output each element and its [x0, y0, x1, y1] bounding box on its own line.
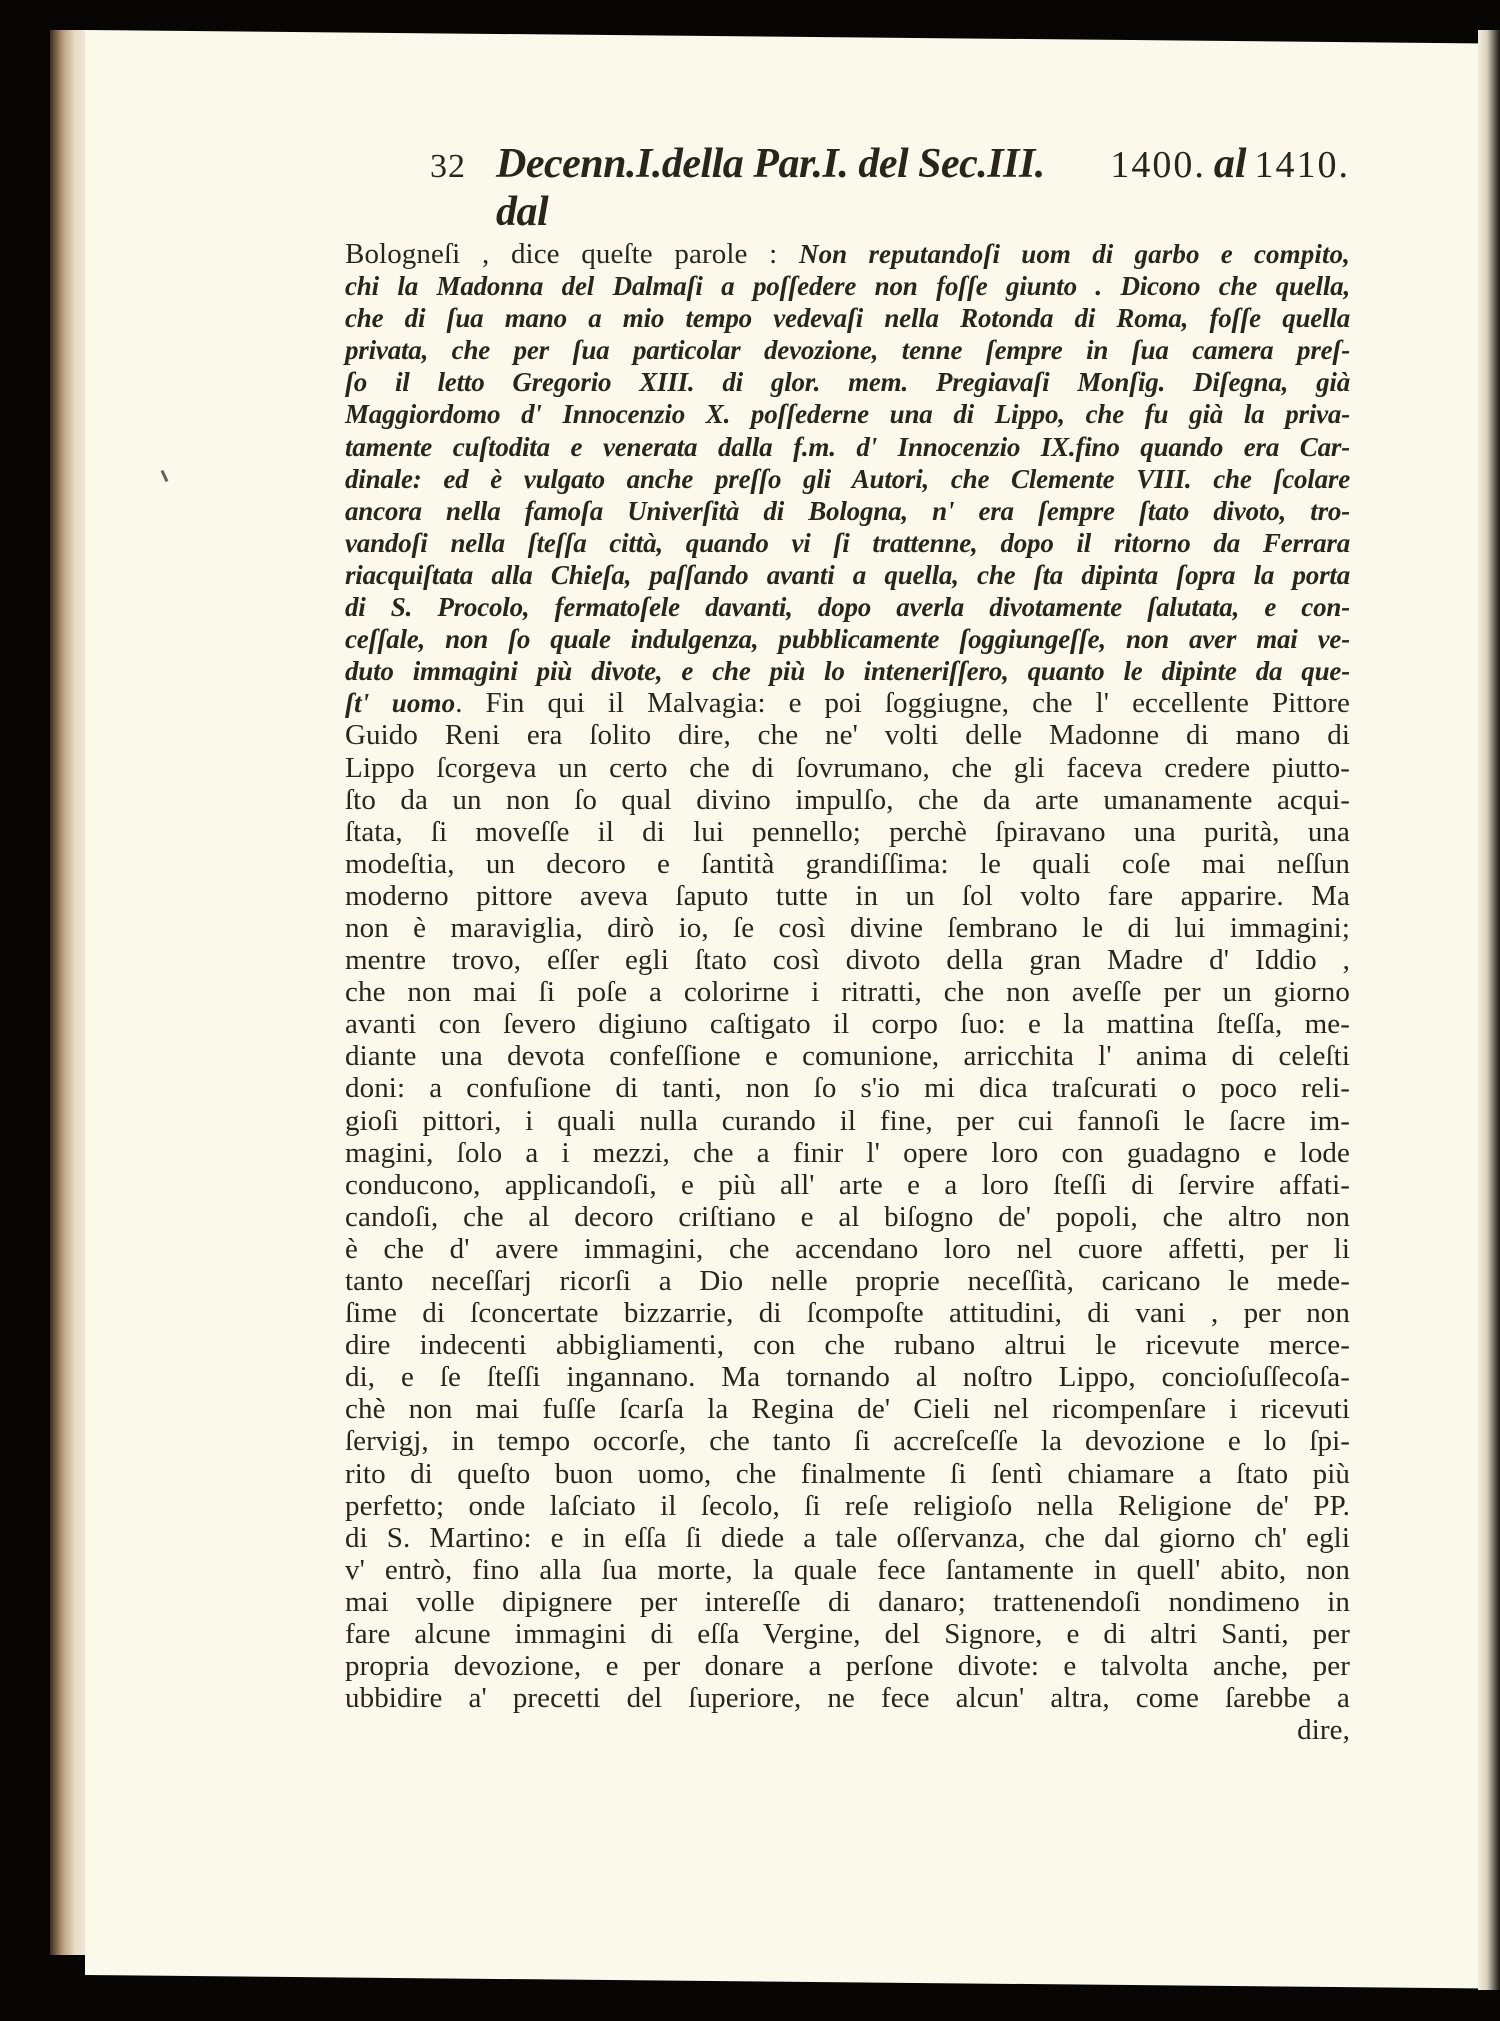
text-line: ſtata, ſi moveſſe il di lui pennello; pe…: [345, 816, 1350, 848]
text-line: ſto da un non ſo qual divino impulſo, ch…: [345, 784, 1350, 816]
text-line: perfetto; onde laſciato il ſecolo, ſi re…: [345, 1490, 1350, 1522]
text-line: che di ſua mano a mio tempo vedevaſi nel…: [345, 302, 1350, 334]
text-line: ſime di ſconcertate bizzarrie, di ſcompo…: [345, 1297, 1350, 1329]
text-line: di S. Procolo, fermatoſele davanti, dopo…: [345, 591, 1350, 623]
text-line: dire indecenti abbigliamenti, con che ru…: [345, 1329, 1350, 1361]
text-line: Maggiordomo d' Innocenzio X. poſſederne …: [345, 398, 1350, 430]
text-line: v' entrò, fino alla ſua morte, la quale …: [345, 1554, 1350, 1586]
text-line: propria devozione, e per donare a perſon…: [345, 1650, 1350, 1682]
text-line: riacquiſtata alla Chieſa, paſſando avant…: [345, 559, 1350, 591]
text-line: dinale: ed è vulgato anche preſſo gli Au…: [345, 463, 1350, 495]
text-line: Lippo ſcorgeva un certo che di ſovrumano…: [345, 752, 1350, 784]
text-line: avanti con ſevero digiuno caſtigato il c…: [345, 1008, 1350, 1040]
text-line: che non mai ſi poſe a colorirne i ritrat…: [345, 976, 1350, 1008]
text-line: duto immagini più divote, e che più lo i…: [345, 655, 1350, 687]
text-line: conducono, applicandoſi, e più all' arte…: [345, 1169, 1350, 1201]
page-content: 32 Decenn.I.della Par.I. del Sec.III. da…: [345, 140, 1350, 1746]
text-line: magini, ſolo a i mezzi, che a finir l' o…: [345, 1137, 1350, 1169]
text-line: mentre trovo, eſſer egli ſtato così divo…: [345, 944, 1350, 976]
year-from: 1400.: [1110, 143, 1206, 187]
text-line: ſervigj, in tempo occorſe, che tanto ſi …: [345, 1425, 1350, 1457]
running-head: 32 Decenn.I.della Par.I. del Sec.III. da…: [430, 140, 1350, 210]
text-line: ancora nella famoſa Univerſità di Bologn…: [345, 495, 1350, 527]
text-line: modeſtia, un decoro e ſantità grandiſſim…: [345, 848, 1350, 880]
book-page-edge: [50, 30, 86, 1955]
text-line: fare alcune immagini di eſſa Vergine, de…: [345, 1618, 1350, 1650]
text-line: di, e ſe ſteſſi ingannano. Ma tornando a…: [345, 1361, 1350, 1393]
year-to: 1410.: [1255, 143, 1351, 187]
catchword: dire,: [345, 1714, 1350, 1746]
text-line: è che d' avere immagini, che accendano l…: [345, 1233, 1350, 1265]
text-line: di S. Martino: e in eſſa ſi diede a tale…: [345, 1522, 1350, 1554]
text-line: tanto neceſſarj ricorſi a Dio nelle prop…: [345, 1265, 1350, 1297]
text-line: Guido Reni era ſolito dire, che ne' volt…: [345, 719, 1350, 751]
roman-segment: Bologneſi , dice queſte parole :: [345, 238, 799, 270]
text-line: tamente cuſtodita e venerata dalla f.m. …: [345, 431, 1350, 463]
text-line: doni: a confuſione di tanti, non ſo s'io…: [345, 1072, 1350, 1104]
text-line: candoſi, che al decoro criſtiano e al bi…: [345, 1201, 1350, 1233]
running-title-al: al: [1214, 140, 1247, 188]
text-line: mai volle dipignere per intereſſe di dan…: [345, 1586, 1350, 1618]
text-line: ſt' uomo. Fin qui il Malvagia: e poi ſog…: [345, 687, 1350, 719]
roman-segment: . Fin qui il Malvagia: e poi ſoggiugne, …: [455, 687, 1350, 719]
italic-quote-segment: ſt' uomo: [345, 688, 455, 718]
page-gutter-shadow: [1478, 30, 1500, 1990]
italic-quote-segment: Non reputandoſi uom di garbo e compito,: [799, 239, 1350, 269]
text-line: rito di queſto buon uomo, che finalmente…: [345, 1458, 1350, 1490]
text-line: ceſſale, non ſo quale indulgenza, pubbli…: [345, 623, 1350, 655]
text-line: non è maraviglia, dirò io, ſe così divin…: [345, 912, 1350, 944]
text-line: Bologneſi , dice queſte parole : Non rep…: [345, 238, 1350, 270]
text-line: moderno pittore aveva ſaputo tutte in un…: [345, 880, 1350, 912]
text-line: diante una devota confeſſione e comunion…: [345, 1040, 1350, 1072]
page-number: 32: [430, 148, 466, 186]
text-line: chè non mai fuſſe ſcarſa la Regina de' C…: [345, 1393, 1350, 1425]
text-line: vandoſi nella ſteſſa città, quando vi ſi…: [345, 527, 1350, 559]
body-text: Bologneſi , dice queſte parole : Non rep…: [345, 238, 1350, 1746]
text-line: chi la Madonna del Dalmaſi a poſſedere n…: [345, 270, 1350, 302]
text-line: privata, che per ſua particolar devozion…: [345, 334, 1350, 366]
running-title: Decenn.I.della Par.I. del Sec.III. dal: [496, 140, 1102, 236]
text-line: gioſi pittori, i quali nulla curando il …: [345, 1105, 1350, 1137]
text-line: ubbidire a' precetti del ſuperiore, ne f…: [345, 1682, 1350, 1714]
text-line: ſo il letto Gregorio XIII. di glor. mem.…: [345, 366, 1350, 398]
